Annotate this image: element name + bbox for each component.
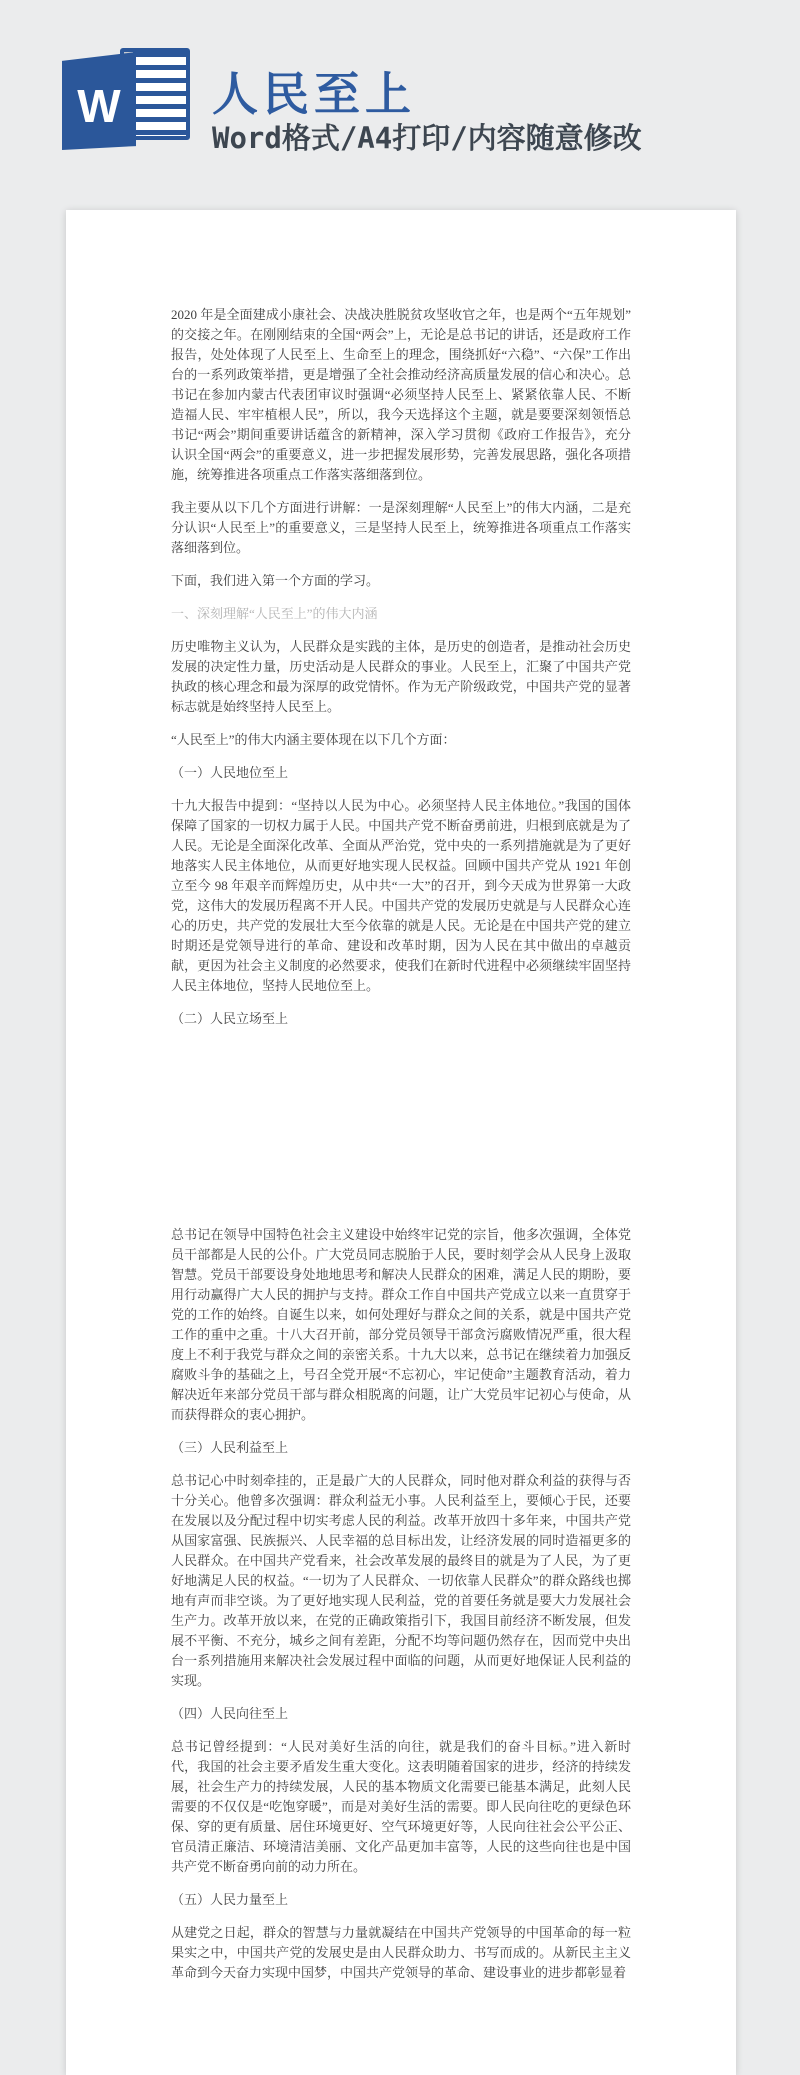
paragraph: 历史唯物主义认为，人民群众是实践的主体，是历史的创造者，是推动社会历史发展的决定…: [171, 637, 631, 717]
paragraph: 十九大报告中提到：“坚持以人民为中心。必须坚持人民主体地位。”我国的国体保障了国…: [171, 796, 631, 996]
header-text: 人民至上 Word格式/A4打印/内容随意修改: [212, 70, 642, 154]
paragraph: “人民至上”的伟大内涵主要体现在以下几个方面：: [171, 730, 631, 750]
section-heading: （五）人民力量至上: [171, 1890, 631, 1910]
page-subtitle: Word格式/A4打印/内容随意修改: [212, 122, 642, 154]
document-page: 2020 年是全面建成小康社会、决战决胜脱贫攻坚收官之年，也是两个“五年规划”的…: [66, 210, 736, 2075]
paragraph: 我主要从以下几个方面进行讲解：一是深刻理解“人民至上”的伟大内涵，二是充分认识“…: [171, 498, 631, 558]
word-logo-letter: W: [77, 79, 120, 133]
paragraph: 2020 年是全面建成小康社会、决战决胜脱贫攻坚收官之年，也是两个“五年规划”的…: [171, 305, 631, 485]
paragraph: 总书记心中时刻牵挂的，正是最广大的人民群众，同时他对群众利益的获得与否十分关心。…: [171, 1471, 631, 1691]
chapter-heading-muted: 一、深刻理解“人民至上”的伟大内涵: [171, 604, 631, 624]
section-heading: （三）人民利益至上: [171, 1438, 631, 1458]
section-heading: （四）人民向往至上: [171, 1704, 631, 1724]
page-title: 人民至上: [212, 70, 642, 118]
word-cover-icon: W: [62, 52, 136, 150]
content-gap: [171, 1042, 631, 1212]
document-content: 2020 年是全面建成小康社会、决战决胜脱贫攻坚收官之年，也是两个“五年规划”的…: [171, 305, 631, 1983]
paragraph: 总书记曾经提到：“人民对美好生活的向往，就是我们的奋斗目标。”进入新时代，我国的…: [171, 1737, 631, 1877]
paragraph: 从建党之日起，群众的智慧与力量就凝结在中国共产党领导的中国革命的每一粒果实之中，…: [171, 1923, 631, 1983]
paragraph: 下面，我们进入第一个方面的学习。: [171, 571, 631, 591]
site-header: W 人民至上 Word格式/A4打印/内容随意修改: [62, 46, 642, 154]
section-heading: （二）人民立场至上: [171, 1009, 631, 1029]
section-heading: （一）人民地位至上: [171, 763, 631, 783]
paragraph: 总书记在领导中国特色社会主义建设中始终牢记党的宗旨，他多次强调，全体党员干部都是…: [171, 1225, 631, 1425]
word-logo-icon: W: [62, 46, 190, 150]
